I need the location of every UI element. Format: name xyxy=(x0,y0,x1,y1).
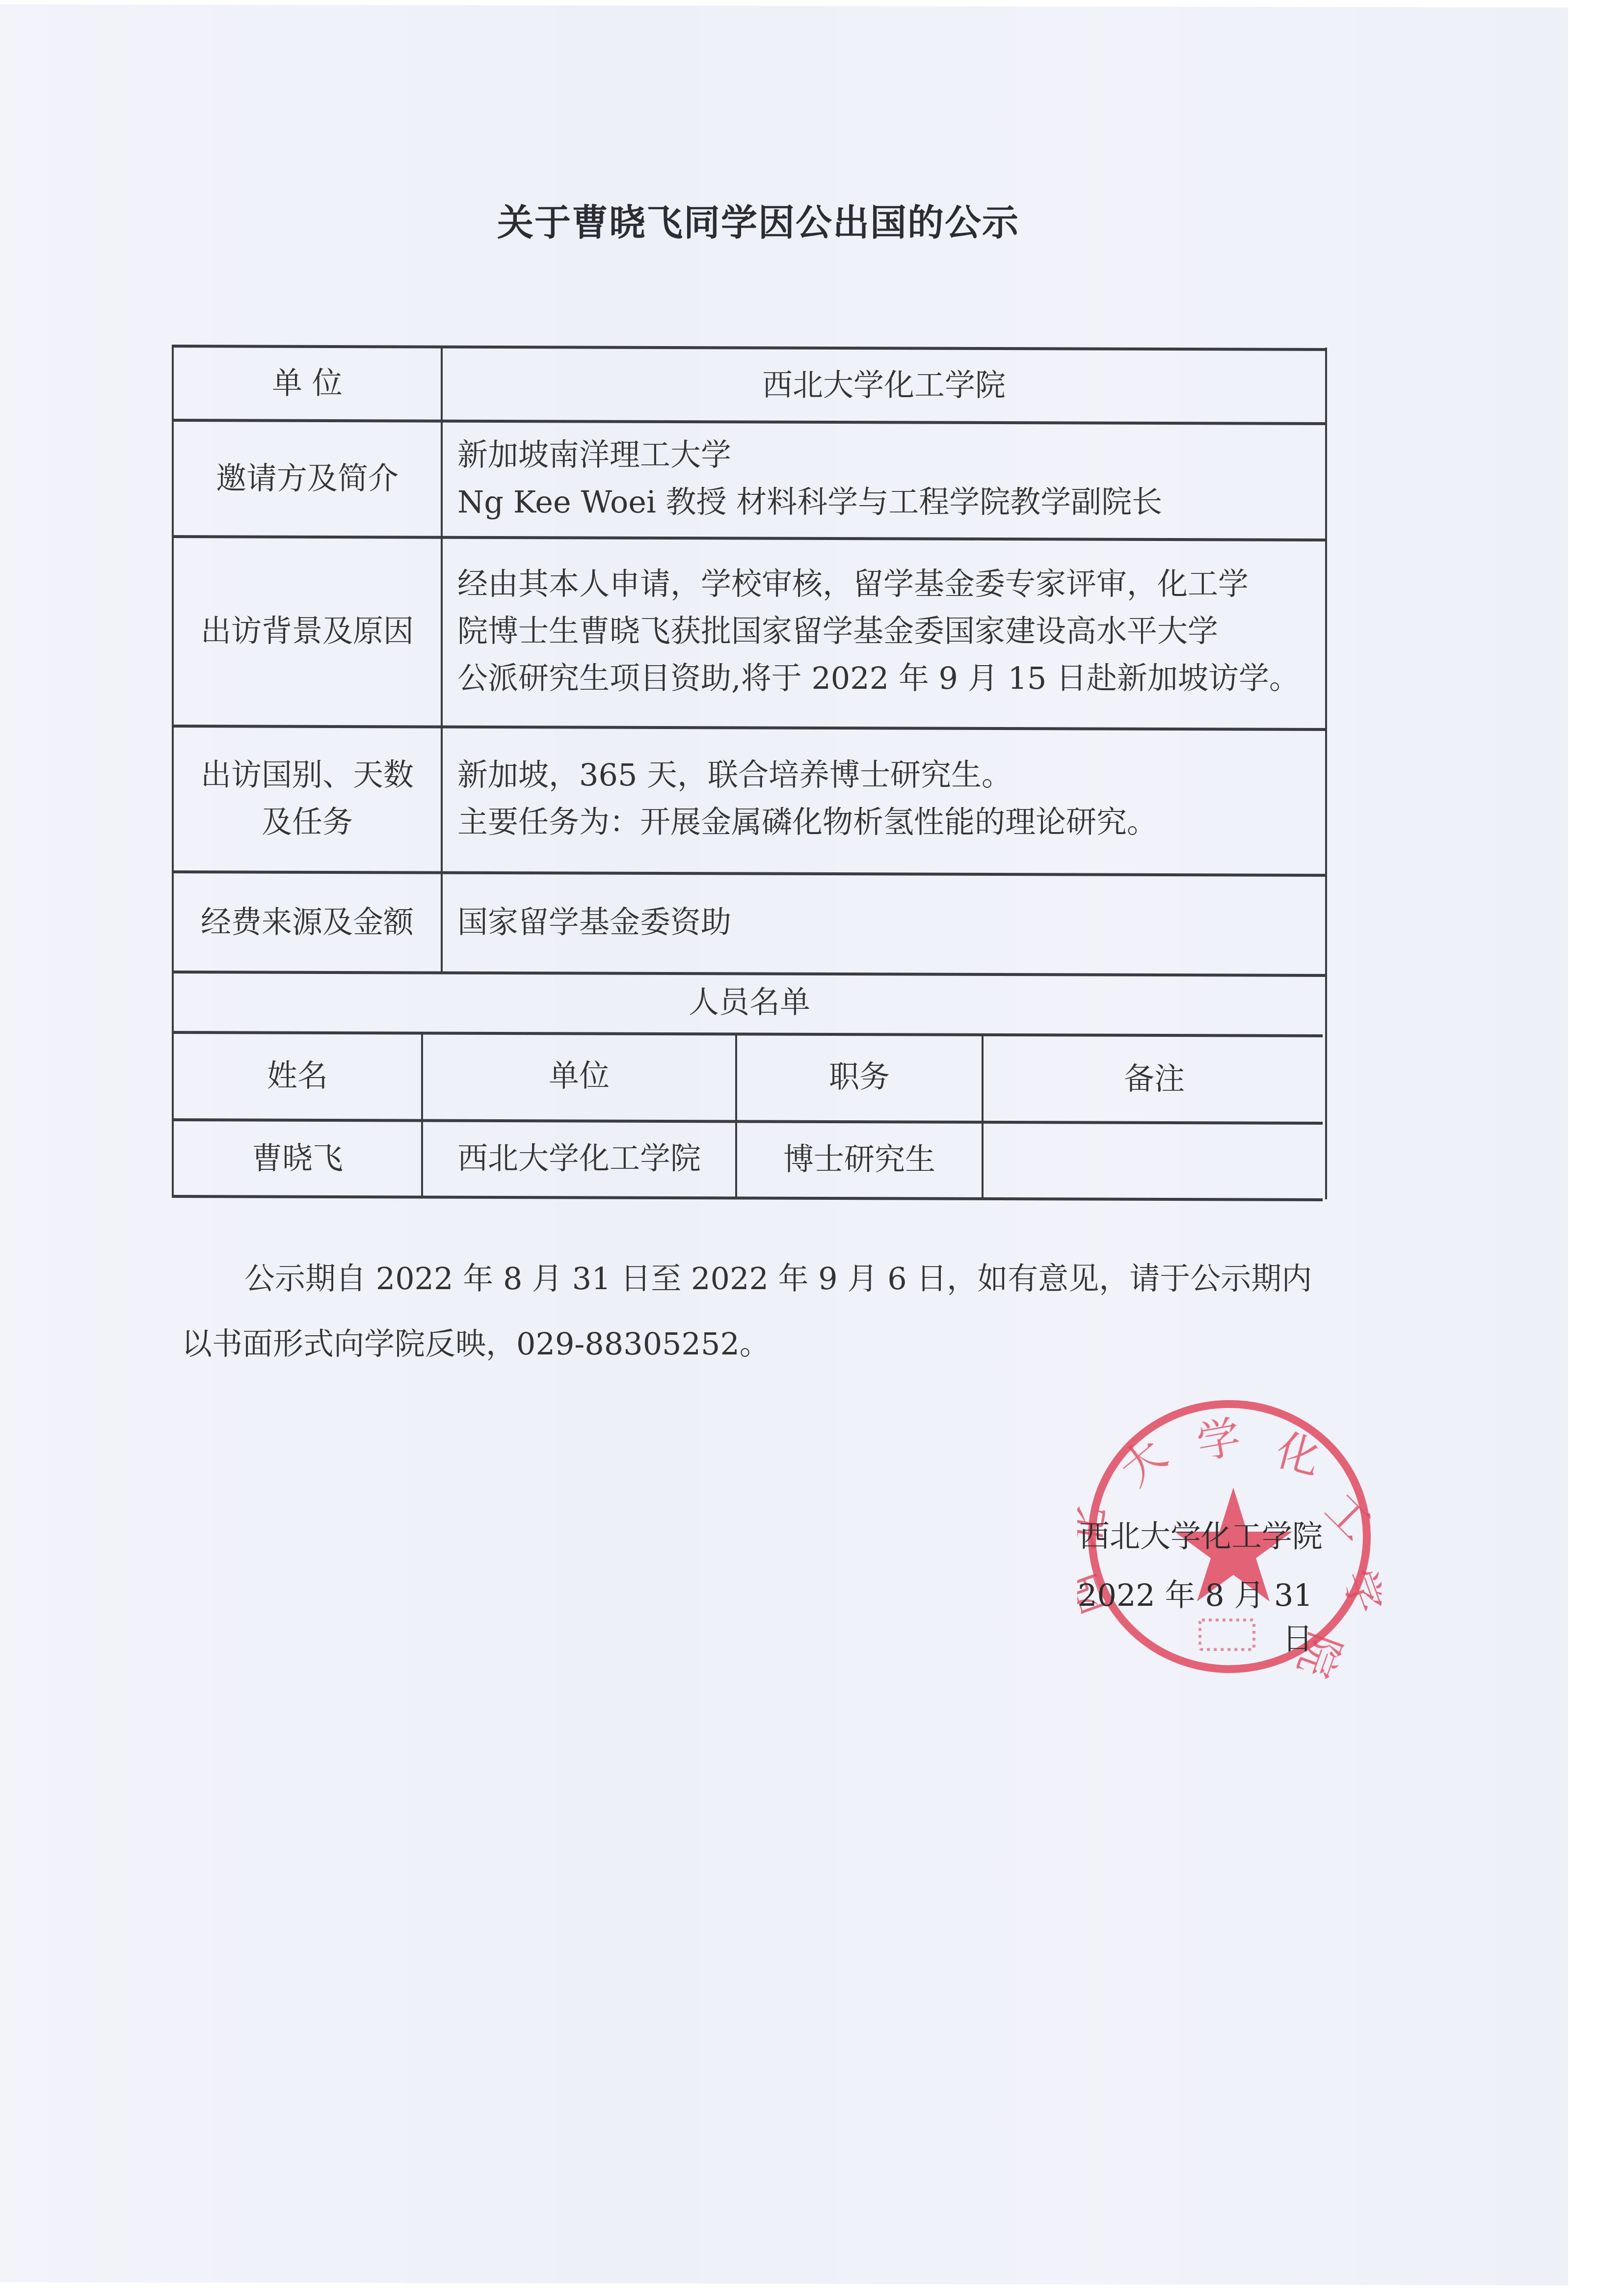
inviter-name: 新加坡南洋理工大学 xyxy=(457,432,731,479)
svg-text:工: 工 xyxy=(1315,1484,1382,1550)
column-header-unit: 单位 xyxy=(423,1034,735,1118)
column-header-remarks: 备注 xyxy=(984,1036,1325,1122)
row-value-unit: 西北大学化工学院 xyxy=(443,350,1325,421)
page-title: 关于曹晓飞同学因公出国的公示 xyxy=(0,194,1517,246)
background-line: 公派研究生项目资助,将于 2022 年 9 月 15 日赴新加坡访学。 xyxy=(457,655,1300,702)
row-label-background: 出访背景及原因 xyxy=(174,538,441,725)
notice-line-1: 公示期自 2022 年 8 月 31 日至 2022 年 9 月 6 日，如有意… xyxy=(244,1255,1312,1302)
background-line: 院博士生曹晓飞获批国家留学基金委国家建设高水平大学 xyxy=(457,608,1218,655)
column-header-position: 职务 xyxy=(737,1034,982,1120)
cell-unit: 西北大学化工学院 xyxy=(423,1122,735,1195)
column-header-name: 姓名 xyxy=(174,1034,421,1118)
cell-name: 曹晓飞 xyxy=(174,1122,421,1195)
row-label-unit: 单 位 xyxy=(174,348,441,419)
signature-org: 西北大学化工学院 xyxy=(1048,1512,1323,1556)
label-line: 及任务 xyxy=(262,799,353,846)
personnel-section-title: 人员名单 xyxy=(174,973,1325,1031)
svg-text:学: 学 xyxy=(1193,1411,1245,1468)
row-value-inviter: 新加坡南洋理工大学 Ng Kee Woei 教授 材料科学与工程学院教学副院长 xyxy=(443,422,1325,535)
signature-date: 2022 年 8 月 31 日 xyxy=(1048,1571,1313,1658)
notice-line-2: 以书面形式向学院反映，029-88305252。 xyxy=(182,1321,770,1368)
table-border-right xyxy=(1325,348,1327,1199)
svg-text:化: 化 xyxy=(1271,1424,1326,1484)
svg-text:大: 大 xyxy=(1110,1429,1176,1495)
cell-position: 博士研究生 xyxy=(737,1123,982,1196)
label-line: 出访国别、天数 xyxy=(201,752,414,799)
row-label-funding: 经费来源及金额 xyxy=(174,874,441,971)
row-label-destination: 出访国别、天数 及任务 xyxy=(174,728,441,870)
inviter-contact: Ng Kee Woei 教授 材料科学与工程学院教学副院长 xyxy=(457,479,1162,526)
row-label-inviter: 邀请方及简介 xyxy=(174,422,441,535)
task-line: 主要任务为：开展金属磷化物析氢性能的理论研究。 xyxy=(457,799,1157,846)
cell-remarks xyxy=(984,1124,1325,1197)
destination-line: 新加坡，365 天，联合培养博士研究生。 xyxy=(457,752,1012,799)
background-line: 经由其本人申请，学校审核，留学基金委专家评审，化工学 xyxy=(457,561,1249,608)
row-value-funding: 国家留学基金委资助 xyxy=(443,874,1325,971)
row-value-destination: 新加坡，365 天，联合培养博士研究生。 主要任务为：开展金属磷化物析氢性能的理… xyxy=(443,728,1325,870)
row-value-background: 经由其本人申请，学校审核，留学基金委专家评审，化工学 院博士生曹晓飞获批国家留学… xyxy=(443,538,1325,725)
